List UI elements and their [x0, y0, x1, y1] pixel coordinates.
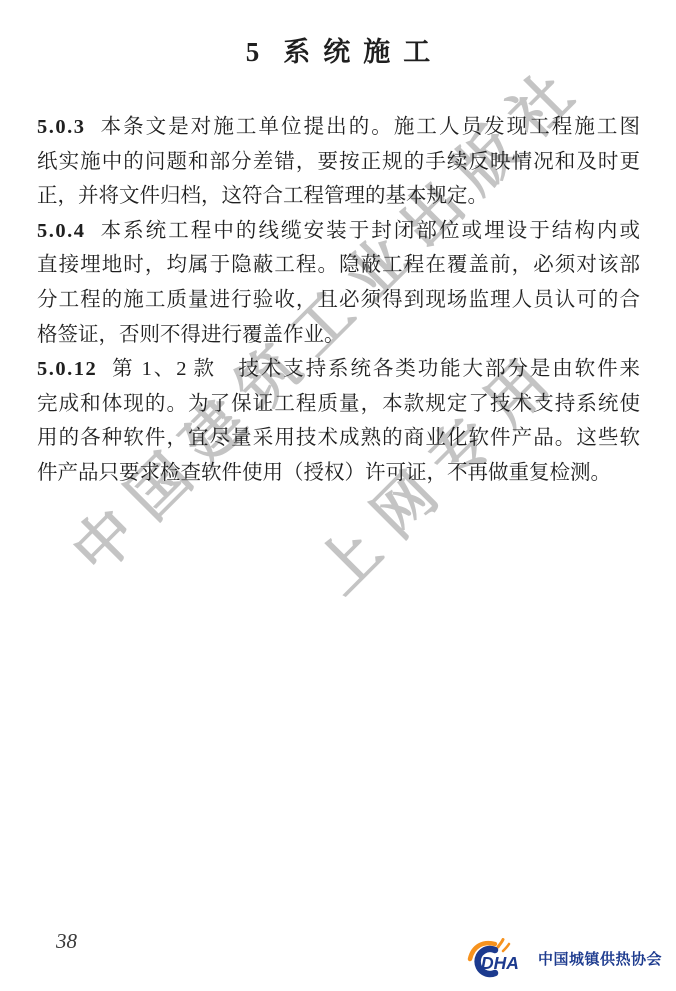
chapter-name: 系统施工	[283, 37, 443, 67]
line-text: 本系统工程中的线缆安装于封闭部位或埋设于结构内或	[99, 220, 641, 242]
chapter-number: 5	[246, 37, 260, 67]
paragraph-line: 格签证，否则不得进行覆盖作业。	[37, 318, 640, 353]
logo-abbr-text: DHA	[481, 953, 519, 973]
paragraph-line: 用的各种软件，宜尽量采用技术成熟的商业化软件产品。这些软	[37, 421, 640, 456]
paragraph-line: 5.0.12第 1、2 款 技术支持系统各类功能大部分是由软件来	[37, 352, 640, 387]
paragraph-line: 完成和体现的。为了保证工程质量，本款规定了技术支持系统使	[37, 387, 640, 422]
document-page: 中国建筑工业出版社 上网专用 5系统施工 5.0.3本条文是对施工单位提出的。施…	[0, 0, 676, 991]
section-5-0-4: 5.0.4本系统工程中的线缆安装于封闭部位或埋设于结构内或 直接埋地时，均属于隐…	[37, 214, 640, 352]
section-5-0-3: 5.0.3本条文是对施工单位提出的。施工人员发现工程施工图 纸实施中的问题和部分…	[37, 110, 640, 214]
line-text: 第 1、2 款 技术支持系统各类功能大部分是由软件来	[110, 358, 640, 380]
association-name: 中国城镇供热协会	[538, 948, 662, 969]
paragraph-line: 分工程的施工质量进行验收，且必须得到现场监理人员认可的合	[37, 283, 640, 318]
chapter-title: 5系统施工	[0, 30, 676, 69]
page-number: 38	[56, 929, 77, 954]
dha-logo-icon: DHA	[467, 938, 533, 978]
paragraph-line: 正，并将文件归档，这符合工程管理的基本规定。	[37, 179, 640, 214]
paragraph-line: 纸实施中的问题和部分差错，要按正规的手续反映情况和及时更	[37, 145, 640, 180]
section-number: 5.0.4	[37, 220, 99, 242]
paragraph-line: 5.0.4本系统工程中的线缆安装于封闭部位或埋设于结构内或	[37, 214, 640, 249]
line-text: 本条文是对施工单位提出的。施工人员发现工程施工图	[99, 116, 641, 138]
paragraph-line: 直接埋地时，均属于隐蔽工程。隐蔽工程在覆盖前，必须对该部	[37, 248, 640, 283]
association-logo: DHA 中国城镇供热协会	[467, 938, 662, 978]
section-number: 5.0.3	[37, 116, 99, 138]
section-5-0-12: 5.0.12第 1、2 款 技术支持系统各类功能大部分是由软件来 完成和体现的。…	[37, 352, 640, 490]
section-number: 5.0.12	[37, 358, 110, 380]
paragraph-line: 件产品只要求检查软件使用（授权）许可证，不再做重复检测。	[37, 456, 640, 491]
paragraph-line: 5.0.3本条文是对施工单位提出的。施工人员发现工程施工图	[37, 110, 640, 145]
body-content: 5.0.3本条文是对施工单位提出的。施工人员发现工程施工图 纸实施中的问题和部分…	[37, 110, 640, 491]
